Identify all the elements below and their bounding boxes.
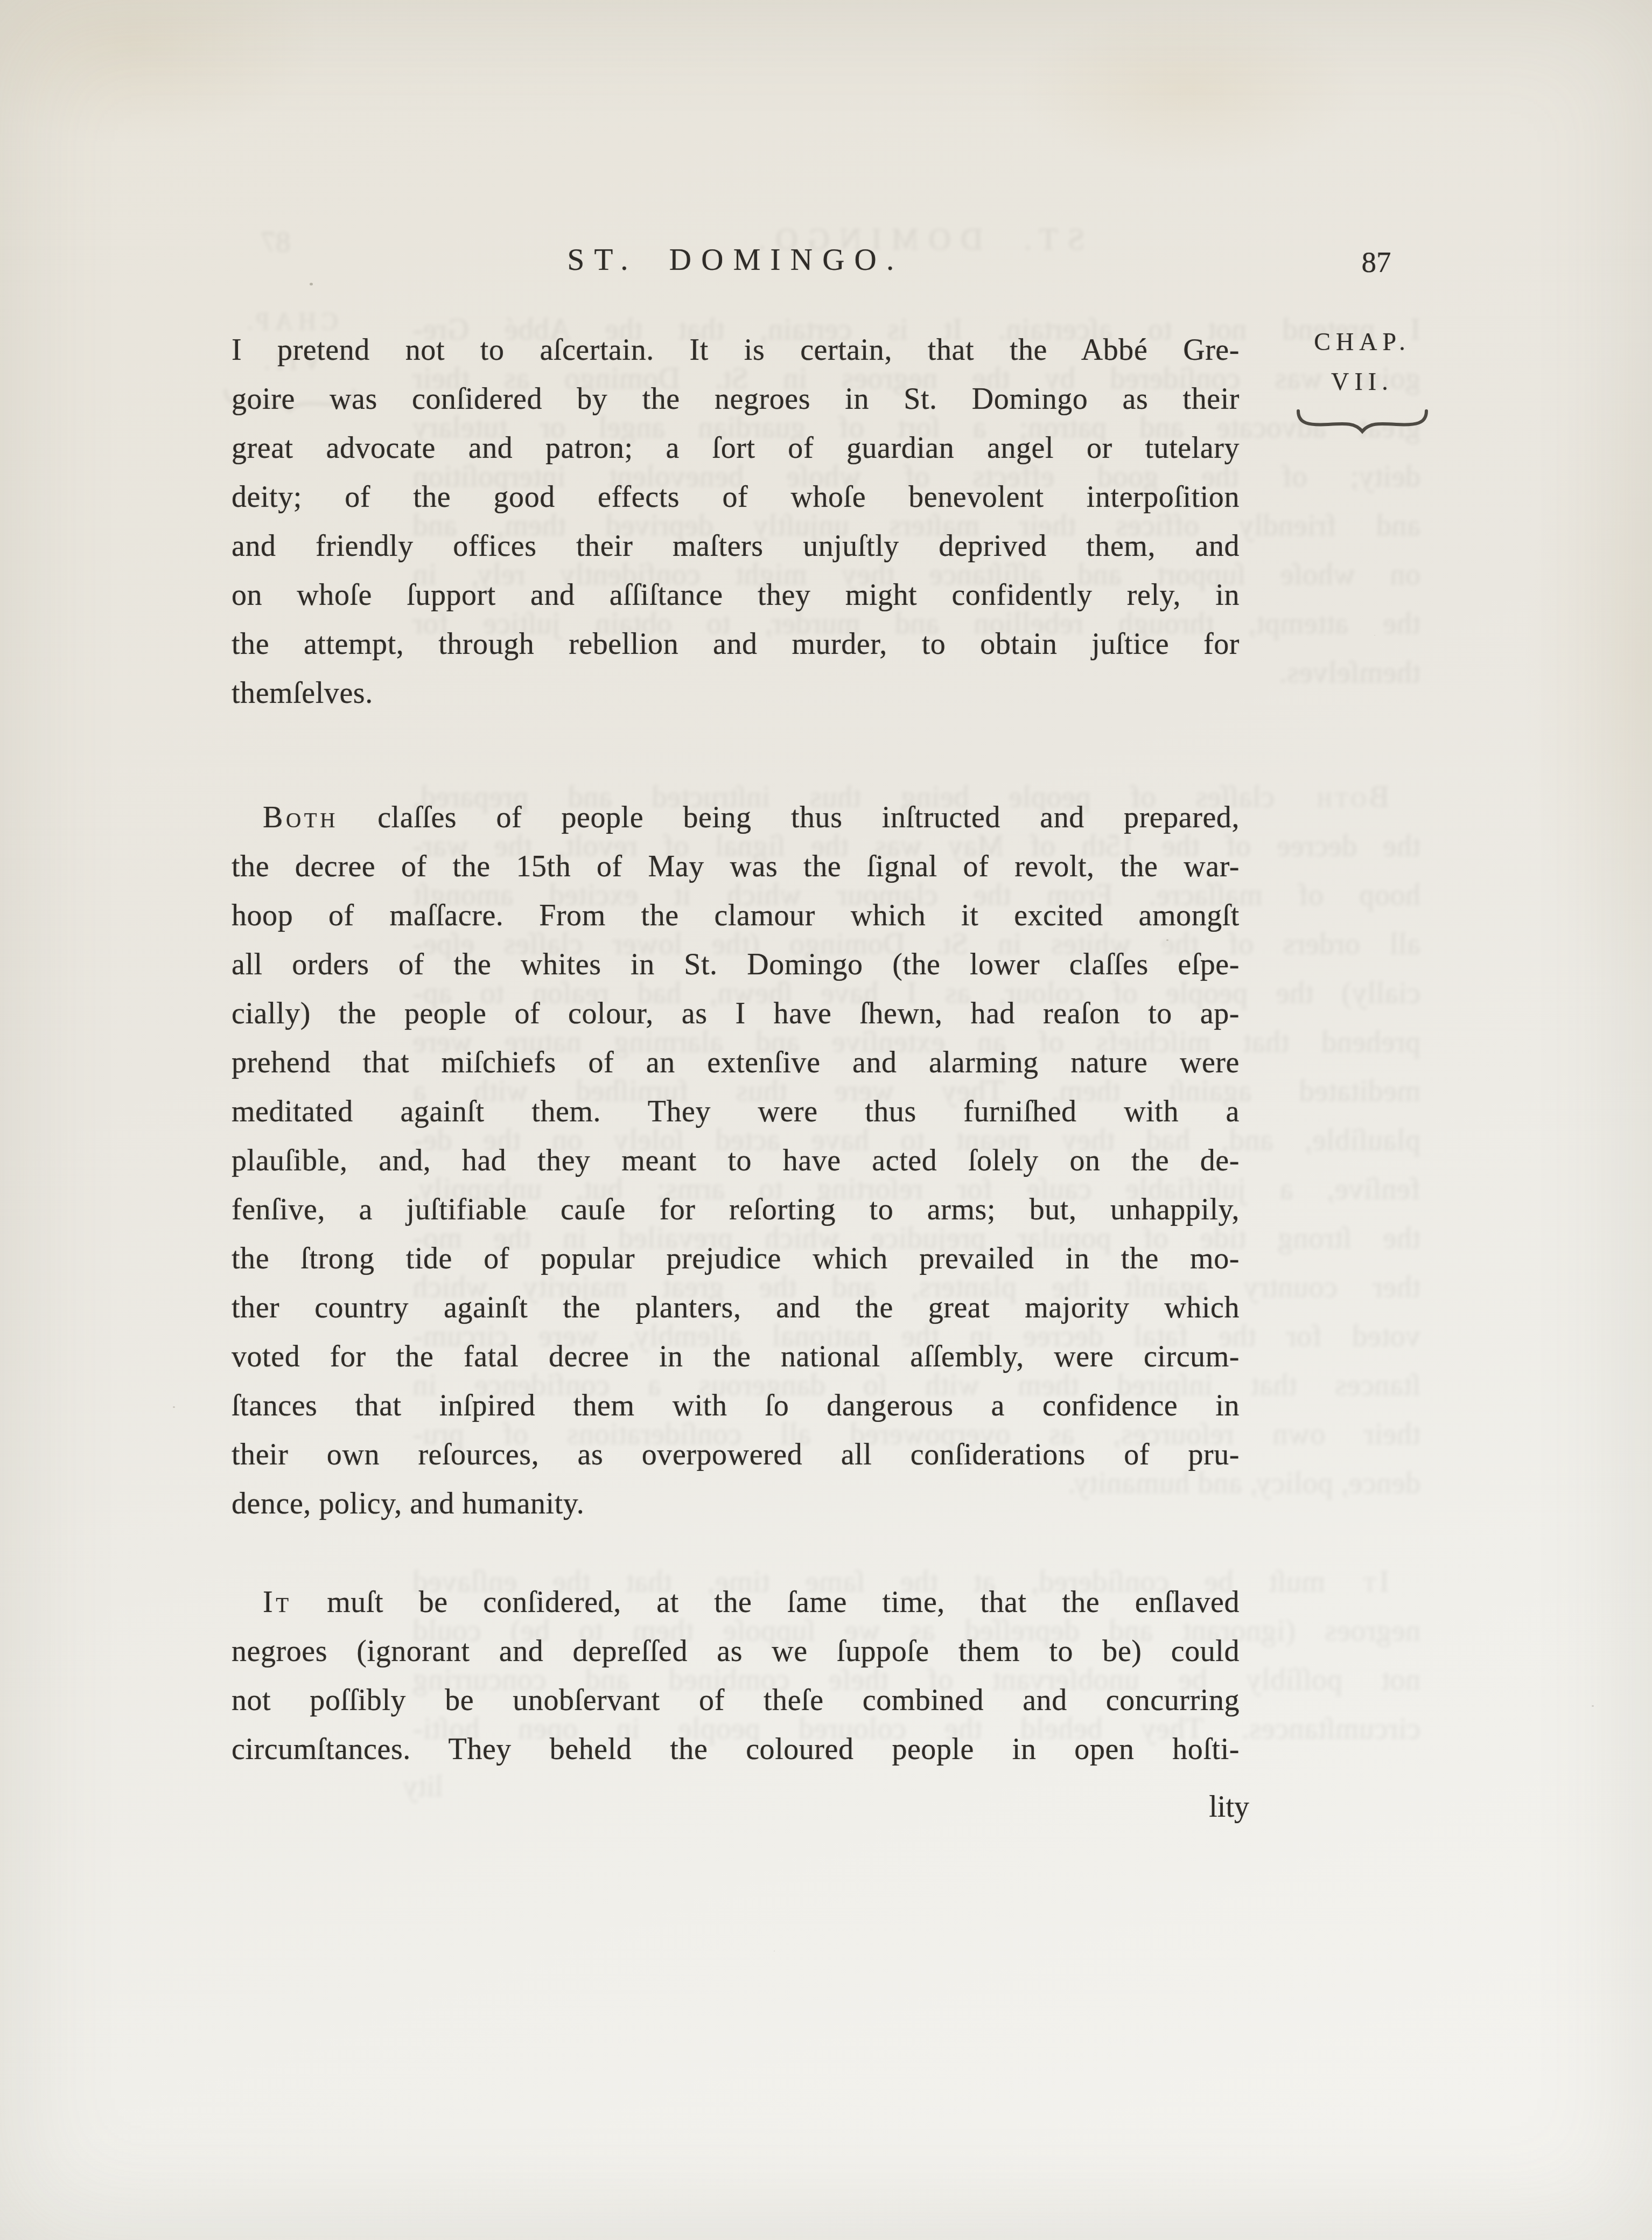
text-line: ther country againſt the planters, and t… xyxy=(232,1283,1240,1332)
body-text: I pretend not to aſcertain. It is certai… xyxy=(232,326,1240,1774)
text-line: and friendly offices their maſters unjuſ… xyxy=(232,522,1240,571)
text-line: fenſive, a juſtifiable cauſe for reſorti… xyxy=(232,1185,1240,1234)
paragraph: I pretend not to aſcertain. It is certai… xyxy=(232,326,1240,718)
text-line: the decree of the 15th of May was the ſi… xyxy=(232,842,1240,891)
text-line: meditated againſt them. They were thus f… xyxy=(232,1087,1240,1136)
text-line: not poſſibly be unobſervant of theſe com… xyxy=(232,1676,1240,1725)
text-line: great advocate and patron; a ſort of gua… xyxy=(232,424,1240,473)
text-line: ſtances that inſpired them with ſo dange… xyxy=(232,1381,1240,1430)
text-line: goire was conſidered by the negroes in S… xyxy=(232,375,1240,424)
text-line: plauſible, and, had they meant to have a… xyxy=(232,1136,1240,1185)
small-caps-lead-word: It xyxy=(263,1586,292,1619)
small-caps-lead-word: Both xyxy=(263,801,338,834)
text-line: on whoſe ſupport and aſſiſtance they mig… xyxy=(232,571,1240,620)
text-line: deity; of the good effects of whoſe bene… xyxy=(232,473,1240,522)
text-line: cially) the people of colour, as I have … xyxy=(232,989,1240,1038)
catchword: lity xyxy=(232,1783,1249,1832)
underbrace-icon xyxy=(1294,407,1430,435)
page-title: ST. DOMINGO. xyxy=(567,243,904,277)
paragraph: It muſt be conſidered, at the ſame time,… xyxy=(232,1578,1240,1774)
text-line: the ſtrong tide of popular prejudice whi… xyxy=(232,1234,1240,1283)
text-line: themſelves. xyxy=(232,669,1240,718)
chapter-label: CHAP. xyxy=(1287,322,1438,362)
text-line: I pretend not to aſcertain. It is certai… xyxy=(232,326,1240,375)
page-content: ST. DOMINGO. 87 CHAP. VII. I pretend not… xyxy=(0,0,1652,2240)
text-line: prehend that miſchiefs of an extenſive a… xyxy=(232,1038,1240,1087)
text-line: their own reſources, as overpowered all … xyxy=(232,1430,1240,1480)
text-line: the attempt, through rebellion and murde… xyxy=(232,620,1240,669)
text-line: It muſt be conſidered, at the ſame time,… xyxy=(232,1578,1240,1627)
paragraph: Both claſſes of people being thus inſtru… xyxy=(232,793,1240,1529)
page-number: 87 xyxy=(1303,243,1450,281)
text-line: all orders of the whites in St. Domingo … xyxy=(232,940,1240,989)
running-header: ST. DOMINGO. xyxy=(232,241,1240,279)
chapter-margin-note: CHAP. VII. xyxy=(1287,322,1438,435)
chapter-number: VII. xyxy=(1287,362,1438,402)
text-line: hoop of maſſacre. From the clamour which… xyxy=(232,891,1240,940)
text-line: Both claſſes of people being thus inſtru… xyxy=(232,793,1240,842)
text-line: negroes (ignorant and depreſſed as we ſu… xyxy=(232,1627,1240,1676)
book-page: ST. DOMINGO. 87 CHAP. VII. I pretend not… xyxy=(0,0,1652,2240)
text-line: dence, policy, and humanity. xyxy=(232,1480,1240,1529)
text-line: circumſtances. They beheld the coloured … xyxy=(232,1725,1240,1774)
text-line: voted for the fatal decree in the nation… xyxy=(232,1332,1240,1381)
